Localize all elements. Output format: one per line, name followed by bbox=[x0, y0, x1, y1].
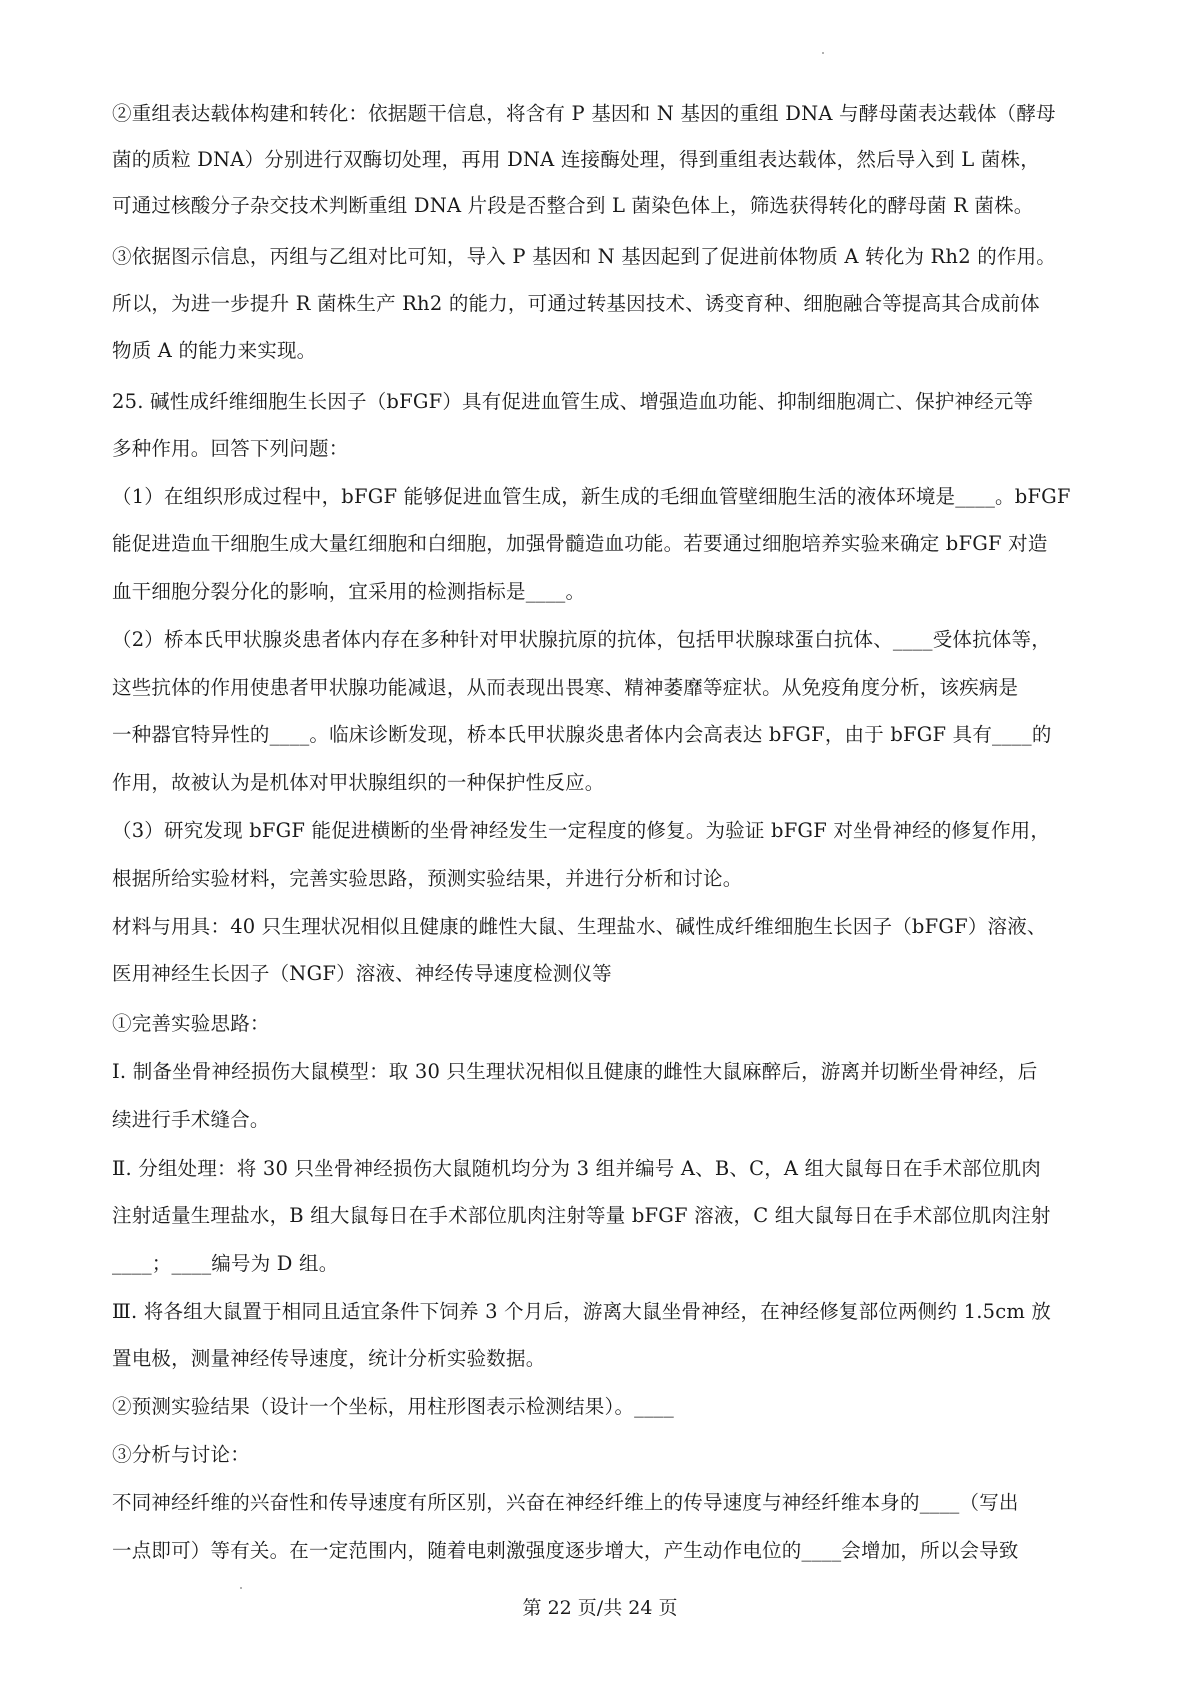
text-line: ②预测实验结果（设计一个坐标，用柱形图表示检测结果）。____ bbox=[112, 1395, 674, 1419]
page-number-footer: 第 22 页/共 24 页 bbox=[0, 1593, 1200, 1620]
text-line: Ⅲ. 将各组大鼠置于相同且适宜条件下饲养 3 个月后，游离大鼠坐骨神经，在神经修… bbox=[112, 1300, 1051, 1324]
text-line: 不同神经纤维的兴奋性和传导速度有所区别，兴奋在神经纤维上的传导速度与神经纤维本身… bbox=[112, 1491, 1019, 1515]
text-line: ③依据图示信息，丙组与乙组对比可知，导入 P 基因和 N 基因起到了促进前体物质… bbox=[112, 245, 1056, 269]
text-line: （2）桥本氏甲状腺炎患者体内存在多种针对甲状腺抗原的抗体，包括甲状腺球蛋白抗体、… bbox=[112, 628, 1051, 652]
text-line: 多种作用。回答下列问题： bbox=[112, 437, 348, 461]
text-line: 根据所给实验材料，完善实验思路，预测实验结果，并进行分析和讨论。 bbox=[112, 867, 742, 891]
text-line: I. 制备坐骨神经损伤大鼠模型：取 30 只生理状况相似且健康的雌性大鼠麻醉后，… bbox=[112, 1060, 1038, 1084]
text-line: ①完善实验思路： bbox=[112, 1012, 270, 1036]
text-line: 材料与用具：40 只生理状况相似且健康的雌性大鼠、生理盐水、碱性成纤维细胞生长因… bbox=[112, 915, 1047, 939]
text-line: ③分析与讨论： bbox=[112, 1443, 250, 1467]
text-line: 血干细胞分裂分化的影响，宜采用的检测指标是____。 bbox=[112, 580, 585, 604]
text-line: 菌的质粒 DNA）分别进行双酶切处理，再用 DNA 连接酶处理，得到重组表达载体… bbox=[112, 148, 1040, 172]
text-line: 这些抗体的作用使患者甲状腺功能减退，从而表现出畏寒、精神萎靡等症状。从免疫角度分… bbox=[112, 676, 1018, 700]
text-line: 注射适量生理盐水，B 组大鼠每日在手术部位肌肉注射等量 bFGF 溶液，C 组大… bbox=[112, 1204, 1051, 1228]
text-line: 置电极，测量神经传导速度，统计分析实验数据。 bbox=[112, 1347, 545, 1371]
document-page: ②重组表达载体构建和转化：依据题干信息，将含有 P 基因和 N 基因的重组 DN… bbox=[0, 0, 1200, 1698]
text-line: 能促进造血干细胞生成大量红细胞和白细胞，加强骨髓造血功能。若要通过细胞培养实验来… bbox=[112, 532, 1048, 556]
text-line: 续进行手术缝合。 bbox=[112, 1108, 270, 1132]
text-line: Ⅱ. 分组处理：将 30 只坐骨神经损伤大鼠随机均分为 3 组并编号 A、B、C… bbox=[112, 1157, 1041, 1181]
text-line: 所以，为进一步提升 R 菌株生产 Rh2 的能力，可通过转基因技术、诱变育种、细… bbox=[112, 292, 1040, 316]
text-line: ____；____编号为 D 组。 bbox=[112, 1252, 338, 1276]
scan-speck bbox=[822, 52, 824, 54]
text-line: （1）在组织形成过程中，bFGF 能够促进血管生成，新生成的毛细血管壁细胞生活的… bbox=[112, 485, 1071, 509]
text-line: 作用，故被认为是机体对甲状腺组织的一种保护性反应。 bbox=[112, 771, 605, 795]
scan-speck bbox=[240, 1587, 242, 1589]
text-line: 一点即可）等有关。在一定范围内，随着电刺激强度逐步增大，产生动作电位的____会… bbox=[112, 1539, 1019, 1563]
text-line: 物质 A 的能力来实现。 bbox=[112, 339, 316, 363]
text-line: 可通过核酸分子杂交技术判断重组 DNA 片段是否整合到 L 菌染色体上，筛选获得… bbox=[112, 194, 1034, 218]
text-line: ②重组表达载体构建和转化：依据题干信息，将含有 P 基因和 N 基因的重组 DN… bbox=[112, 102, 1056, 126]
text-line: 25. 碱性成纤维细胞生长因子（bFGF）具有促进血管生成、增强造血功能、抑制细… bbox=[112, 390, 1033, 414]
text-line: （3）研究发现 bFGF 能促进横断的坐骨神经发生一定程度的修复。为验证 bFG… bbox=[112, 819, 1050, 843]
text-line: 医用神经生长因子（NGF）溶液、神经传导速度检测仪等 bbox=[112, 962, 612, 986]
text-line: 一种器官特异性的____。临床诊断发现，桥本氏甲状腺炎患者体内会高表达 bFGF… bbox=[112, 723, 1052, 747]
